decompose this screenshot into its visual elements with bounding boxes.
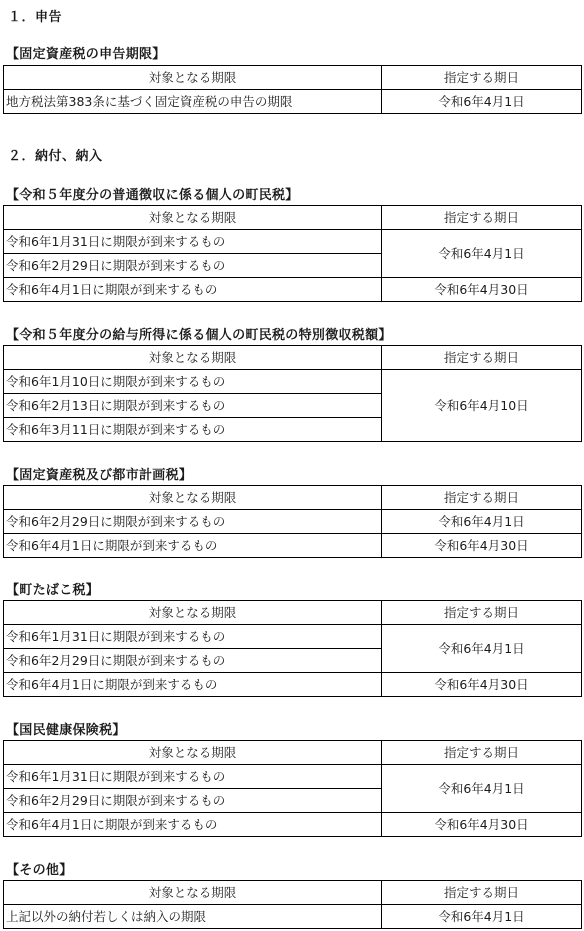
target-deadline-cell: 令和6年1月10日に期限が到来するもの: [4, 370, 382, 394]
column-header-target: 対象となる期限: [4, 741, 382, 765]
deadline-table-health-insurance-tax: 対象となる期限 指定する期日 令和6年1月31日に期限が到来するもの 令和6年4…: [3, 740, 582, 837]
column-header-designated: 指定する期日: [382, 741, 582, 765]
table-title-property-tax-filing: 【固定資産税の申告期限】: [6, 43, 166, 62]
column-header-target: 対象となる期限: [4, 206, 382, 230]
section-title-payment: ２．納付、納入: [8, 145, 103, 164]
designated-date-cell: 令和6年4月1日: [382, 625, 582, 673]
designated-date-cell: 令和6年4月30日: [382, 673, 582, 697]
table-row: 令和6年1月10日に期限が到来するもの 令和6年4月10日: [4, 370, 582, 394]
column-header-designated: 指定する期日: [382, 206, 582, 230]
table-row: 令和6年4月1日に期限が到来するもの 令和6年4月30日: [4, 813, 582, 837]
column-header-designated: 指定する期日: [382, 486, 582, 510]
target-deadline-cell: 令和6年2月29日に期限が到来するもの: [4, 649, 382, 673]
target-deadline-cell: 令和6年4月1日に期限が到来するもの: [4, 278, 382, 302]
table-row: 令和6年1月31日に期限が到来するもの 令和6年4月1日: [4, 765, 582, 789]
table-title-property-city-planning-tax: 【固定資産税及び都市計画税】: [6, 464, 192, 483]
column-header-designated: 指定する期日: [382, 346, 582, 370]
column-header-target: 対象となる期限: [4, 601, 382, 625]
target-deadline-cell: 令和6年4月1日に期限が到来するもの: [4, 534, 382, 558]
designated-date-cell: 令和6年4月1日: [382, 510, 582, 534]
column-header-designated: 指定する期日: [382, 66, 582, 90]
deadline-table-special-collection: 対象となる期限 指定する期日 令和6年1月10日に期限が到来するもの 令和6年4…: [3, 345, 582, 442]
table-header-row: 対象となる期限 指定する期日: [4, 881, 582, 905]
table-row: 上記以外の納付若しくは納入の期限 令和6年4月1日: [4, 905, 582, 929]
target-deadline-cell: 上記以外の納付若しくは納入の期限: [4, 905, 382, 929]
table-row: 令和6年4月1日に期限が到来するもの 令和6年4月30日: [4, 534, 582, 558]
table-row: 令和6年2月29日に期限が到来するもの 令和6年4月1日: [4, 510, 582, 534]
column-header-target: 対象となる期限: [4, 346, 382, 370]
table-header-row: 対象となる期限 指定する期日: [4, 206, 582, 230]
table-header-row: 対象となる期限 指定する期日: [4, 346, 582, 370]
table-title-ordinary-collection: 【令和５年度分の普通徴収に係る個人の町民税】: [6, 184, 299, 203]
designated-date-cell: 令和6年4月10日: [382, 370, 582, 442]
designated-date-cell: 令和6年4月1日: [382, 230, 582, 278]
target-deadline-cell: 令和6年2月29日に期限が到来するもの: [4, 254, 382, 278]
table-title-health-insurance-tax: 【国民健康保険税】: [6, 719, 126, 738]
table-header-row: 対象となる期限 指定する期日: [4, 741, 582, 765]
column-header-target: 対象となる期限: [4, 66, 382, 90]
deadline-table-property-city-planning-tax: 対象となる期限 指定する期日 令和6年2月29日に期限が到来するもの 令和6年4…: [3, 485, 582, 558]
column-header-target: 対象となる期限: [4, 486, 382, 510]
target-deadline-cell: 令和6年2月29日に期限が到来するもの: [4, 789, 382, 813]
table-row: 地方税法第383条に基づく固定資産税の申告の期限 令和6年4月1日: [4, 90, 582, 114]
table-title-special-collection: 【令和５年度分の給与所得に係る個人の町民税の特別徴収税額】: [6, 324, 392, 343]
designated-date-cell: 令和6年4月1日: [382, 765, 582, 813]
deadline-table-property-tax-filing: 対象となる期限 指定する期日 地方税法第383条に基づく固定資産税の申告の期限 …: [3, 65, 582, 114]
target-deadline-cell: 令和6年4月1日に期限が到来するもの: [4, 673, 382, 697]
target-deadline-cell: 令和6年4月1日に期限が到来するもの: [4, 813, 382, 837]
table-row: 令和6年4月1日に期限が到来するもの 令和6年4月30日: [4, 673, 582, 697]
table-header-row: 対象となる期限 指定する期日: [4, 601, 582, 625]
designated-date-cell: 令和6年4月1日: [382, 90, 582, 114]
column-header-designated: 指定する期日: [382, 881, 582, 905]
deadline-table-other: 対象となる期限 指定する期日 上記以外の納付若しくは納入の期限 令和6年4月1日: [3, 880, 582, 929]
target-deadline-cell: 令和6年3月11日に期限が到来するもの: [4, 418, 382, 442]
deadline-table-tobacco-tax: 対象となる期限 指定する期日 令和6年1月31日に期限が到来するもの 令和6年4…: [3, 600, 582, 697]
table-row: 令和6年1月31日に期限が到来するもの 令和6年4月1日: [4, 230, 582, 254]
table-title-other: 【その他】: [6, 859, 73, 878]
designated-date-cell: 令和6年4月1日: [382, 905, 582, 929]
designated-date-cell: 令和6年4月30日: [382, 278, 582, 302]
table-row: 令和6年1月31日に期限が到来するもの 令和6年4月1日: [4, 625, 582, 649]
column-header-target: 対象となる期限: [4, 881, 382, 905]
deadline-table-ordinary-collection: 対象となる期限 指定する期日 令和6年1月31日に期限が到来するもの 令和6年4…: [3, 205, 582, 302]
target-deadline-cell: 令和6年1月31日に期限が到来するもの: [4, 230, 382, 254]
table-header-row: 対象となる期限 指定する期日: [4, 486, 582, 510]
target-deadline-cell: 令和6年1月31日に期限が到来するもの: [4, 625, 382, 649]
designated-date-cell: 令和6年4月30日: [382, 534, 582, 558]
table-title-tobacco-tax: 【町たばこ税】: [6, 579, 99, 598]
section-title-filing: １．申告: [8, 6, 62, 25]
target-deadline-cell: 令和6年2月29日に期限が到来するもの: [4, 510, 382, 534]
target-deadline-cell: 地方税法第383条に基づく固定資産税の申告の期限: [4, 90, 382, 114]
target-deadline-cell: 令和6年2月13日に期限が到来するもの: [4, 394, 382, 418]
column-header-designated: 指定する期日: [382, 601, 582, 625]
table-row: 令和6年4月1日に期限が到来するもの 令和6年4月30日: [4, 278, 582, 302]
designated-date-cell: 令和6年4月30日: [382, 813, 582, 837]
target-deadline-cell: 令和6年1月31日に期限が到来するもの: [4, 765, 382, 789]
table-header-row: 対象となる期限 指定する期日: [4, 66, 582, 90]
